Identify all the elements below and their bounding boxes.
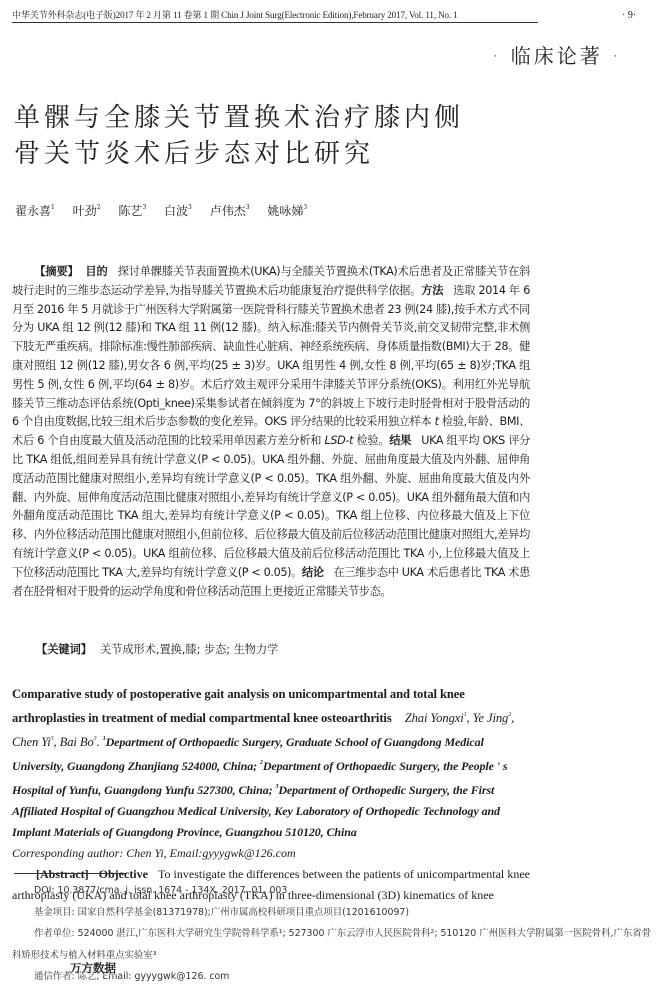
abstract-label: 【摘要】	[34, 265, 78, 278]
author-list: 翟永喜1 叶劲2 陈艺3 白波3 卢伟杰3 姚咏娣3	[15, 202, 321, 219]
funding: 基金项目: 国家自然科学基金(81371978);广州市属高校科研项目重点项目(…	[12, 902, 660, 924]
chinese-keywords: 【关键词】关节成形术,置换,膝; 步态; 生物力学	[36, 641, 278, 657]
section-label: · 临床论著 ·	[492, 40, 621, 69]
author: 白波3	[164, 204, 192, 218]
english-affiliations: 1Department of Orthopaedic Surgery, Grad…	[12, 735, 507, 839]
page-number: · 9·	[622, 10, 636, 21]
methods-label: 方法	[421, 284, 443, 297]
doi: DOI: 10.3877/cma. j. issn. 1674 - 134X. …	[12, 880, 660, 902]
article-title: 单髁与全膝关节置换术治疗膝内侧 骨关节炎术后步态对比研究	[14, 100, 464, 172]
objective-label: 目的	[85, 265, 107, 278]
keywords-text: 关节成形术,置换,膝; 步态; 生物力学	[100, 643, 278, 656]
author: 陈艺3	[118, 204, 146, 218]
author: 叶劲2	[73, 204, 101, 218]
author: 翟永喜1	[15, 204, 55, 218]
english-objective-label: Objective	[99, 867, 148, 881]
running-head: 中华关节外科杂志(电子版)2017 年 2 月第 11 卷第 1 期 Chin …	[12, 9, 538, 23]
author: 姚咏娣3	[267, 204, 307, 218]
wanfang-watermark: 万方数据	[70, 960, 116, 976]
author: 卢伟杰3	[210, 204, 250, 218]
english-title: Comparative study of postoperative gait …	[12, 684, 530, 843]
title-line-1: 单髁与全膝关节置换术治疗膝内侧	[14, 100, 464, 136]
results-label: 结果	[389, 434, 411, 447]
corresponding-author: Corresponding author: Chen Yi, Email:gyy…	[12, 843, 530, 864]
title-line-2: 骨关节炎术后步态对比研究	[14, 136, 464, 172]
methods-text: 选取 2014 年 6 月至 2016 年 5 月就诊于广州医科大学附属第一医院…	[12, 284, 530, 429]
keywords-label: 【关键词】	[36, 643, 92, 656]
abstract-paragraph: 【摘要】 目的 探讨单髁膝关节表面置换术(UKA)与全膝关节置换术(TKA)术后…	[12, 263, 530, 601]
conclusion-label: 结论	[302, 566, 324, 579]
footnote-divider	[14, 873, 127, 874]
chinese-abstract: 【摘要】 目的 探讨单髁膝关节表面置换术(UKA)与全膝关节置换术(TKA)术后…	[12, 263, 530, 601]
english-abstract-label: [Abstract]	[36, 867, 89, 881]
results-text: UKA 组平均 OKS 评分比 TKA 组低,组间差异具有统计学意义(P < 0…	[12, 434, 530, 579]
